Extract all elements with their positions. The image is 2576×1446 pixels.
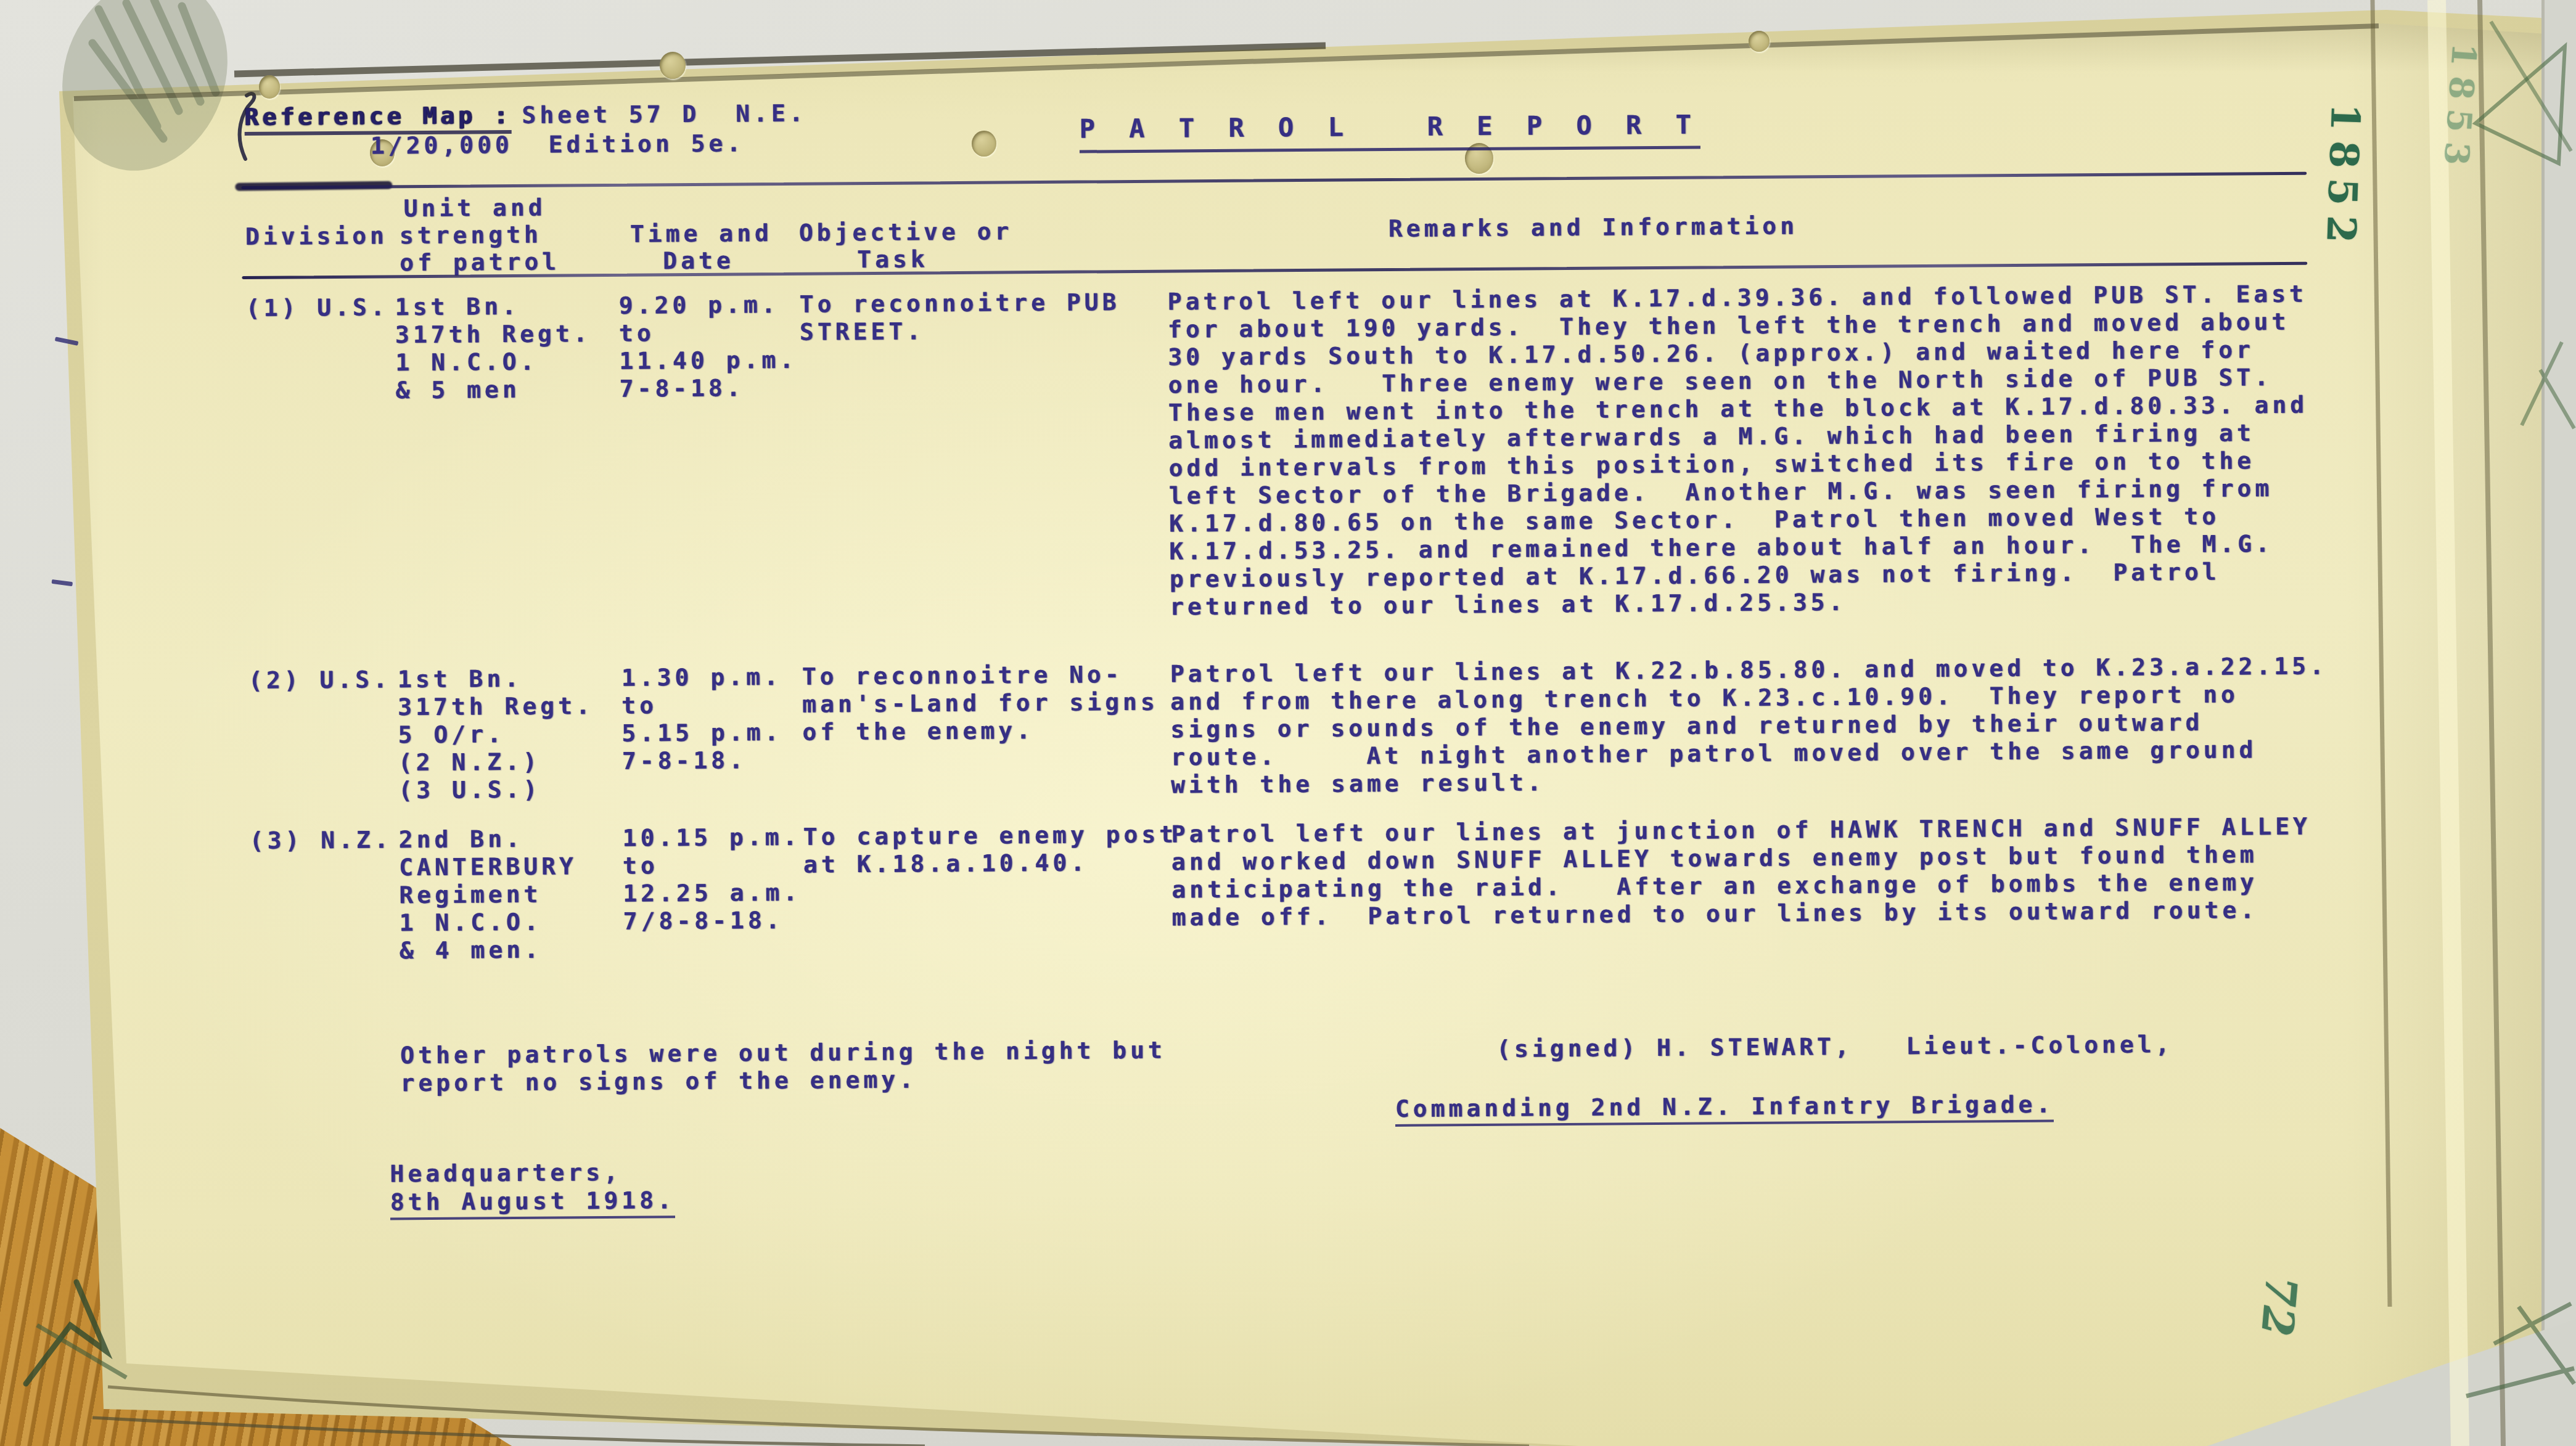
header-rule-top: [241, 172, 2307, 189]
row2-task: To reconnoitre No- man's-Land for signs …: [802, 661, 1159, 746]
row1-division: (1) U.S.: [246, 293, 388, 322]
row2-remarks: Patrol left our lines at K.22.b.85.80. a…: [1170, 652, 2329, 799]
column-header-remarks: Remarks and Information: [1388, 212, 1799, 243]
row2-time: 1.30 p.m. to 5.15 p.m. 7-8-18.: [621, 663, 782, 775]
ink-mark: [55, 337, 79, 345]
reference-map-sheet: Sheet 57 D N.E.: [522, 100, 806, 129]
row3-division: (3) N.Z.: [250, 826, 392, 855]
ink-mark: [51, 579, 73, 586]
row3-unit: 2nd Bn. CANTERBURY Regiment 1 N.C.O. & 4…: [399, 825, 578, 965]
row1-remarks: Patrol left our lines at K.17.d.39.36. a…: [1168, 280, 2310, 621]
reference-map-label: Reference Map :: [244, 102, 512, 136]
column-header-unit-line1: Unit and: [403, 194, 546, 223]
headquarters-line: Headquarters,: [390, 1159, 621, 1188]
column-header-unit-line3: of patrol: [400, 248, 560, 277]
row1-time: 9.20 p.m. to 11.40 p.m. 7-8-18.: [619, 291, 798, 403]
row2-unit: 1st Bn. 317th Regt. 5 O/r. (2 N.Z.) (3 U…: [398, 664, 594, 804]
row1-task: To reconnoitre PUB STREET.: [800, 288, 1120, 346]
row1-unit: 1st Bn. 317th Regt. 1 N.C.O. & 5 men: [395, 292, 592, 404]
column-header-task-line2: Task: [857, 245, 929, 274]
column-header-task-line1: Objective or: [799, 218, 1013, 247]
scanned-document-photo: Reference Map : Sheet 57 D N.E. 1/20,000…: [0, 0, 2576, 1446]
column-header-unit-line2: strength: [400, 221, 542, 250]
night-patrols-note: Other patrols were out during the night …: [400, 1037, 1166, 1098]
page-number-handwritten: 72: [2251, 1274, 2307, 1338]
row3-task: To capture enemy post at K.18.a.10.40.: [803, 820, 1178, 878]
row2-division: (2) U.S.: [248, 666, 391, 695]
column-header-division: Division: [245, 222, 388, 251]
column-header-time-line2: Date: [663, 247, 734, 275]
reference-map-scale: 1/20,000 Edition 5e.: [371, 129, 745, 160]
typed-content: Reference Map : Sheet 57 D N.E. 1/20,000…: [0, 0, 2576, 1446]
signature-line: (signed) H. STEWART, Lieut.-Colonel,: [1496, 1031, 2173, 1063]
column-header-time-line1: Time and: [630, 219, 773, 248]
page-title: P A T R O L R E P O R T: [1080, 110, 1701, 153]
row3-time: 10.15 p.m. to 12.25 a.m. 7/8-8-18.: [623, 823, 802, 936]
date-line: 8th August 1918.: [390, 1187, 675, 1220]
archive-number-stamp: 1852: [2317, 103, 2368, 254]
row3-remarks: Patrol left our lines at junction of HAW…: [1171, 813, 2311, 932]
command-line: Commanding 2nd N.Z. Infantry Brigade.: [1395, 1091, 2054, 1127]
